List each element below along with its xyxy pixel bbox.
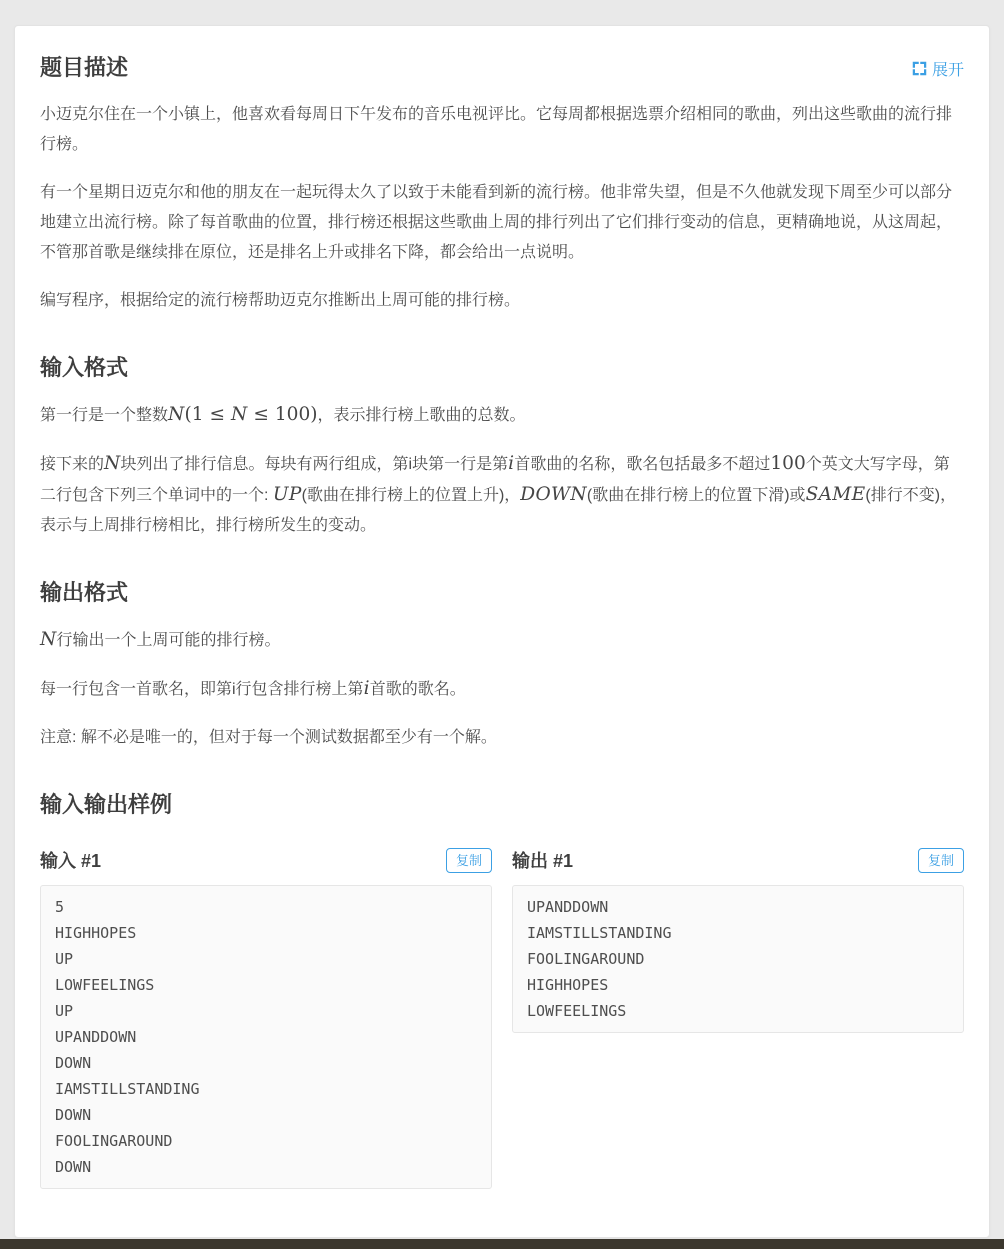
inline-math: i (508, 453, 514, 474)
paragraph: 编写程序，根据给定的流行榜帮助迈克尔推断出上周可能的排行榜。 (40, 286, 964, 316)
expand-label: 展开 (932, 57, 964, 80)
inline-math: N(1 ≤ N ≤ 100) (168, 404, 318, 425)
inline-math: UP (273, 484, 302, 505)
footer-bar (0, 1239, 1004, 1249)
inline-math: DOWN (520, 484, 587, 505)
copy-input-button[interactable]: 复制 (446, 848, 492, 873)
problem-card: 题目描述 展开 小迈克尔住在一个小镇上，他喜欢看每周日下午发布的音乐电视评比。它… (14, 25, 990, 1238)
section-title-description: 题目描述 (40, 54, 128, 82)
sample-input-label: 输入 #1 (40, 847, 101, 873)
samples-grid: 输入 #1 复制 5 HIGHHOPES UP LOWFEELINGS UP U… (40, 845, 964, 1189)
paragraph: 小迈克尔住在一个小镇上，他喜欢看每周日下午发布的音乐电视评比。它每周都根据选票介… (40, 100, 964, 160)
sample-input-header: 输入 #1 复制 (40, 845, 492, 875)
expand-button[interactable]: 展开 (912, 57, 964, 80)
copy-output-button[interactable]: 复制 (918, 848, 964, 873)
paragraph: 接下来的N块列出了排行信息。每块有两行组成，第i块第一行是第i首歌曲的名称，歌名… (40, 449, 964, 541)
paragraph: 每一行包含一首歌名，即第i行包含排行榜上第i首歌的歌名。 (40, 674, 964, 705)
section-title-input-format: 输入格式 (40, 354, 964, 382)
section-title-output-format: 输出格式 (40, 579, 964, 607)
sample-output-header: 输出 #1 复制 (512, 845, 964, 875)
inline-math: SAME (806, 484, 866, 505)
sample-output-label: 输出 #1 (512, 847, 573, 873)
paragraph: N行输出一个上周可能的排行榜。 (40, 625, 964, 656)
inline-math: i (364, 678, 370, 699)
output-format-paragraphs: N行输出一个上周可能的排行榜。每一行包含一首歌名，即第i行包含排行榜上第i首歌的… (40, 625, 964, 753)
inline-math: N (40, 629, 57, 650)
sample-input-code: 5 HIGHHOPES UP LOWFEELINGS UP UPANDDOWN … (40, 885, 492, 1189)
expand-icon (912, 61, 927, 76)
paragraph: 注意: 解不必是唯一的，但对于每一个测试数据都至少有一个解。 (40, 723, 964, 753)
sample-output-code: UPANDDOWN IAMSTILLSTANDING FOOLINGAROUND… (512, 885, 964, 1033)
paragraph: 有一个星期日迈克尔和他的朋友在一起玩得太久了以致于未能看到新的流行榜。他非常失望… (40, 178, 964, 268)
inline-math: 100 (770, 453, 805, 474)
sample-input-column: 输入 #1 复制 5 HIGHHOPES UP LOWFEELINGS UP U… (40, 845, 492, 1189)
paragraph: 第一行是一个整数N(1 ≤ N ≤ 100)，表示排行榜上歌曲的总数。 (40, 400, 964, 431)
input-format-paragraphs: 第一行是一个整数N(1 ≤ N ≤ 100)，表示排行榜上歌曲的总数。接下来的N… (40, 400, 964, 541)
sample-output-column: 输出 #1 复制 UPANDDOWN IAMSTILLSTANDING FOOL… (512, 845, 964, 1189)
inline-math: N (104, 453, 121, 474)
section-title-samples: 输入输出样例 (40, 791, 964, 819)
card-header: 题目描述 展开 (40, 54, 964, 82)
description-paragraphs: 小迈克尔住在一个小镇上，他喜欢看每周日下午发布的音乐电视评比。它每周都根据选票介… (40, 100, 964, 316)
